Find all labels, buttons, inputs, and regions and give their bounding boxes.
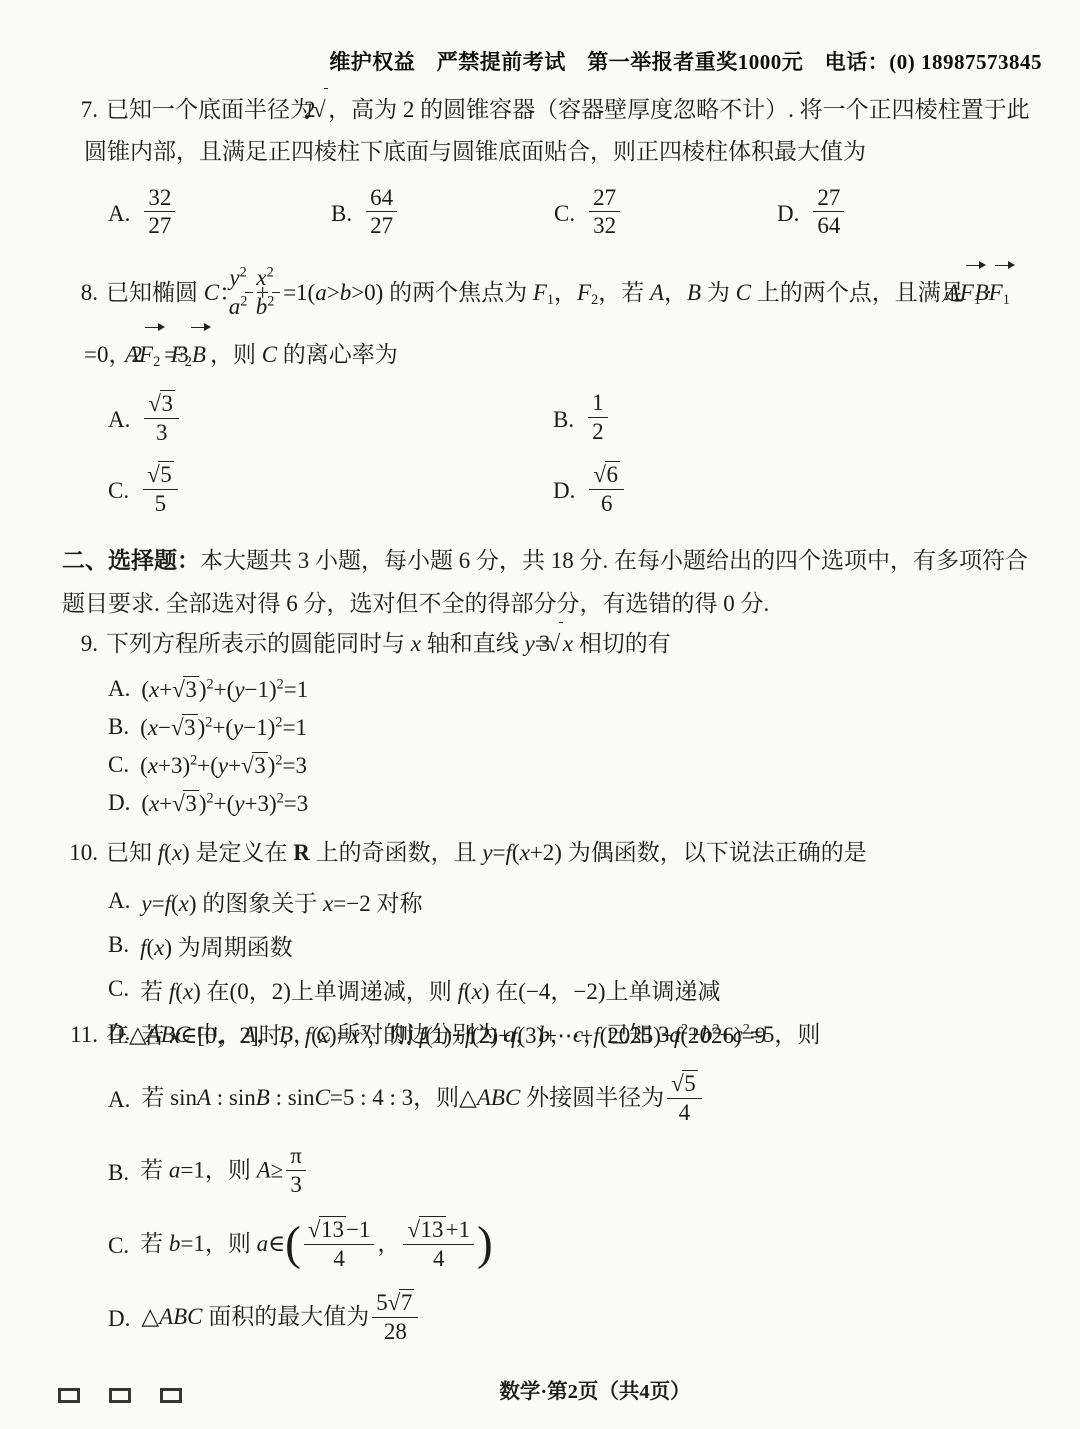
option-label: D. bbox=[777, 201, 799, 227]
question-8-option-b: B. 12 bbox=[553, 390, 1044, 450]
option-label: A. bbox=[108, 407, 130, 433]
option-label: A. bbox=[108, 1087, 130, 1113]
question-11: 11.在△ABC 中，A，B，C 所对的边分别为 a，b，c，已知 3a2+b2… bbox=[62, 1014, 1044, 1349]
option-math: y=f(x) 的图象关于 x=−2 对称 bbox=[141, 885, 422, 918]
option-math: 2732 bbox=[586, 185, 623, 244]
question-7-options: A. 3227 B. 6427 C. 2732 D. 2764 bbox=[62, 185, 1044, 244]
section-2-instructions: 二、选择题：本大题共 3 小题，每小题 6 分，共 18 分. 在每小题给出的四… bbox=[62, 540, 1044, 625]
question-11-stem: 在△ABC 中，A，B，C 所对的边分别为 a，b，c，已知 3a2+b2+c2… bbox=[106, 1022, 820, 1047]
option-math: △ABC 面积的最大值为5√728 bbox=[141, 1289, 421, 1349]
question-11-stem-line: 11.在△ABC 中，A，B，C 所对的边分别为 a，b，c，已知 3a2+b2… bbox=[62, 1014, 1044, 1056]
question-11-options: A. 若 sinA : sinB : sinC=5 : 4 : 3，则△ABC … bbox=[62, 1070, 1044, 1349]
question-11-option-c: C. 若 b=1，则 a∈(√13−14，√13+14) bbox=[108, 1216, 1044, 1276]
option-label: B. bbox=[108, 714, 129, 740]
option-label: C. bbox=[108, 752, 129, 778]
question-8-option-a: A. √33 bbox=[108, 390, 553, 450]
option-label: B. bbox=[331, 201, 352, 227]
section-2-title: 二、选择题： bbox=[62, 548, 200, 573]
option-label: B. bbox=[553, 407, 574, 433]
question-9-option-c: C. (x+3)2+(y+√3)2=3 bbox=[108, 752, 1044, 779]
question-8-options: A. √33 B. 12 C. √55 D. √66 bbox=[62, 390, 1044, 521]
question-11-option-a: A. 若 sinA : sinB : sinC=5 : 4 : 3，则△ABC … bbox=[108, 1070, 1044, 1130]
question-9-stem: 下列方程所表示的圆能同时与 x 轴和直线 y=√3x 相切的有 bbox=[106, 631, 671, 656]
option-math: 若 b=1，则 a∈(√13−14，√13+14) bbox=[140, 1216, 493, 1276]
question-7-stem: 已知一个底面半径为√2，高为 2 的圆锥容器（容器壁厚度忽略不计）. 将一个正四… bbox=[84, 97, 1030, 164]
question-8-option-c: C. √55 bbox=[108, 461, 553, 521]
question-9-options: A. (x+√3)2+(y−1)2=1 B. (x−√3)2+(y−1)2=1 … bbox=[62, 676, 1044, 817]
question-8-stem-line: 8.已知椭圆 C：y2a2+x2b2=1(a>b>0) 的两个焦点为 F1，F2… bbox=[62, 262, 1044, 376]
option-math: (x+√3)2+(y+3)2=3 bbox=[141, 790, 308, 817]
question-10-option-b: B. f(x) 为周期函数 bbox=[108, 929, 1044, 962]
question-8-stem: 已知椭圆 C：y2a2+x2b2=1(a>b>0) 的两个焦点为 F1，F2，若… bbox=[84, 280, 1014, 367]
option-math: 12 bbox=[585, 390, 611, 449]
question-7-option-d: D. 2764 bbox=[777, 185, 1000, 244]
option-math: 若 f(x) 在(0，2)上单调递减，则 f(x) 在(−4，−2)上单调递减 bbox=[140, 973, 720, 1006]
exam-page: 维护权益 严禁提前考试 第一举报者重奖1000元 电话：(0) 18987573… bbox=[0, 0, 1080, 1429]
question-11-number: 11. bbox=[62, 1014, 98, 1056]
option-math: 若 sinA : sinB : sinC=5 : 4 : 3，则△ABC 外接圆… bbox=[141, 1070, 704, 1130]
option-math: √55 bbox=[140, 461, 181, 521]
question-9-option-d: D. (x+√3)2+(y+3)2=3 bbox=[108, 790, 1044, 817]
option-label: A. bbox=[108, 201, 130, 227]
question-9: 9.下列方程所表示的圆能同时与 x 轴和直线 y=√3x 相切的有 A. (x+… bbox=[62, 622, 1044, 817]
question-7: 7.已知一个底面半径为√2，高为 2 的圆锥容器（容器壁厚度忽略不计）. 将一个… bbox=[62, 88, 1044, 243]
question-8-number: 8. bbox=[62, 272, 98, 314]
option-math: (x+√3)2+(y−1)2=1 bbox=[141, 676, 308, 703]
question-9-number: 9. bbox=[62, 623, 98, 665]
question-7-option-c: C. 2732 bbox=[554, 185, 777, 244]
option-label: A. bbox=[108, 888, 130, 914]
question-10-stem-line: 10.已知 f(x) 是定义在 R 上的奇函数，且 y=f(x+2) 为偶函数，… bbox=[62, 832, 1044, 874]
question-10-option-c: C. 若 f(x) 在(0，2)上单调递减，则 f(x) 在(−4，−2)上单调… bbox=[108, 973, 1044, 1006]
option-label: C. bbox=[108, 1233, 129, 1259]
option-math: f(x) 为周期函数 bbox=[140, 929, 293, 962]
option-label: B. bbox=[108, 932, 129, 958]
question-10-number: 10. bbox=[62, 832, 98, 874]
option-label: D. bbox=[553, 478, 575, 504]
option-math: 6427 bbox=[363, 185, 400, 244]
question-9-option-a: A. (x+√3)2+(y−1)2=1 bbox=[108, 676, 1044, 703]
question-11-option-b: B. 若 a=1，则 A≥π3 bbox=[108, 1143, 1044, 1202]
question-7-option-a: A. 3227 bbox=[108, 185, 331, 244]
option-label: A. bbox=[108, 676, 130, 702]
option-math: 若 a=1，则 A≥π3 bbox=[140, 1143, 309, 1202]
option-label: B. bbox=[108, 1160, 129, 1186]
option-math: √33 bbox=[141, 390, 182, 450]
question-8-option-d: D. √66 bbox=[553, 461, 1044, 521]
section-2-body: 本大题共 3 小题，每小题 6 分，共 18 分. 在每小题给出的四个选项中，有… bbox=[62, 548, 1028, 616]
option-label: D. bbox=[108, 1306, 130, 1332]
option-math: 3227 bbox=[141, 185, 178, 244]
question-7-stem-line: 7.已知一个底面半径为√2，高为 2 的圆锥容器（容器壁厚度忽略不计）. 将一个… bbox=[62, 88, 1044, 173]
option-label: C. bbox=[554, 201, 575, 227]
option-label: C. bbox=[108, 976, 129, 1002]
option-math: (x−√3)2+(y−1)2=1 bbox=[140, 714, 307, 741]
option-math: √66 bbox=[586, 461, 627, 521]
question-8: 8.已知椭圆 C：y2a2+x2b2=1(a>b>0) 的两个焦点为 F1，F2… bbox=[62, 262, 1044, 521]
question-10-stem: 已知 f(x) 是定义在 R 上的奇函数，且 y=f(x+2) 为偶函数，以下说… bbox=[106, 840, 867, 865]
question-9-stem-line: 9.下列方程所表示的圆能同时与 x 轴和直线 y=√3x 相切的有 bbox=[62, 622, 1044, 665]
question-9-option-b: B. (x−√3)2+(y−1)2=1 bbox=[108, 714, 1044, 741]
option-label: C. bbox=[108, 478, 129, 504]
question-10-option-a: A. y=f(x) 的图象关于 x=−2 对称 bbox=[108, 885, 1044, 918]
option-math: 2764 bbox=[810, 185, 847, 244]
question-11-option-d: D. △ABC 面积的最大值为5√728 bbox=[108, 1289, 1044, 1349]
option-label: D. bbox=[108, 790, 130, 816]
question-7-option-b: B. 6427 bbox=[331, 185, 554, 244]
option-math: (x+3)2+(y+√3)2=3 bbox=[140, 752, 307, 779]
question-7-number: 7. bbox=[62, 89, 98, 131]
page-number-label: 数学·第2页（共4页） bbox=[55, 1374, 1080, 1404]
anti-cheat-notice: 维护权益 严禁提前考试 第一举报者重奖1000元 电话：(0) 18987573… bbox=[329, 46, 1042, 76]
